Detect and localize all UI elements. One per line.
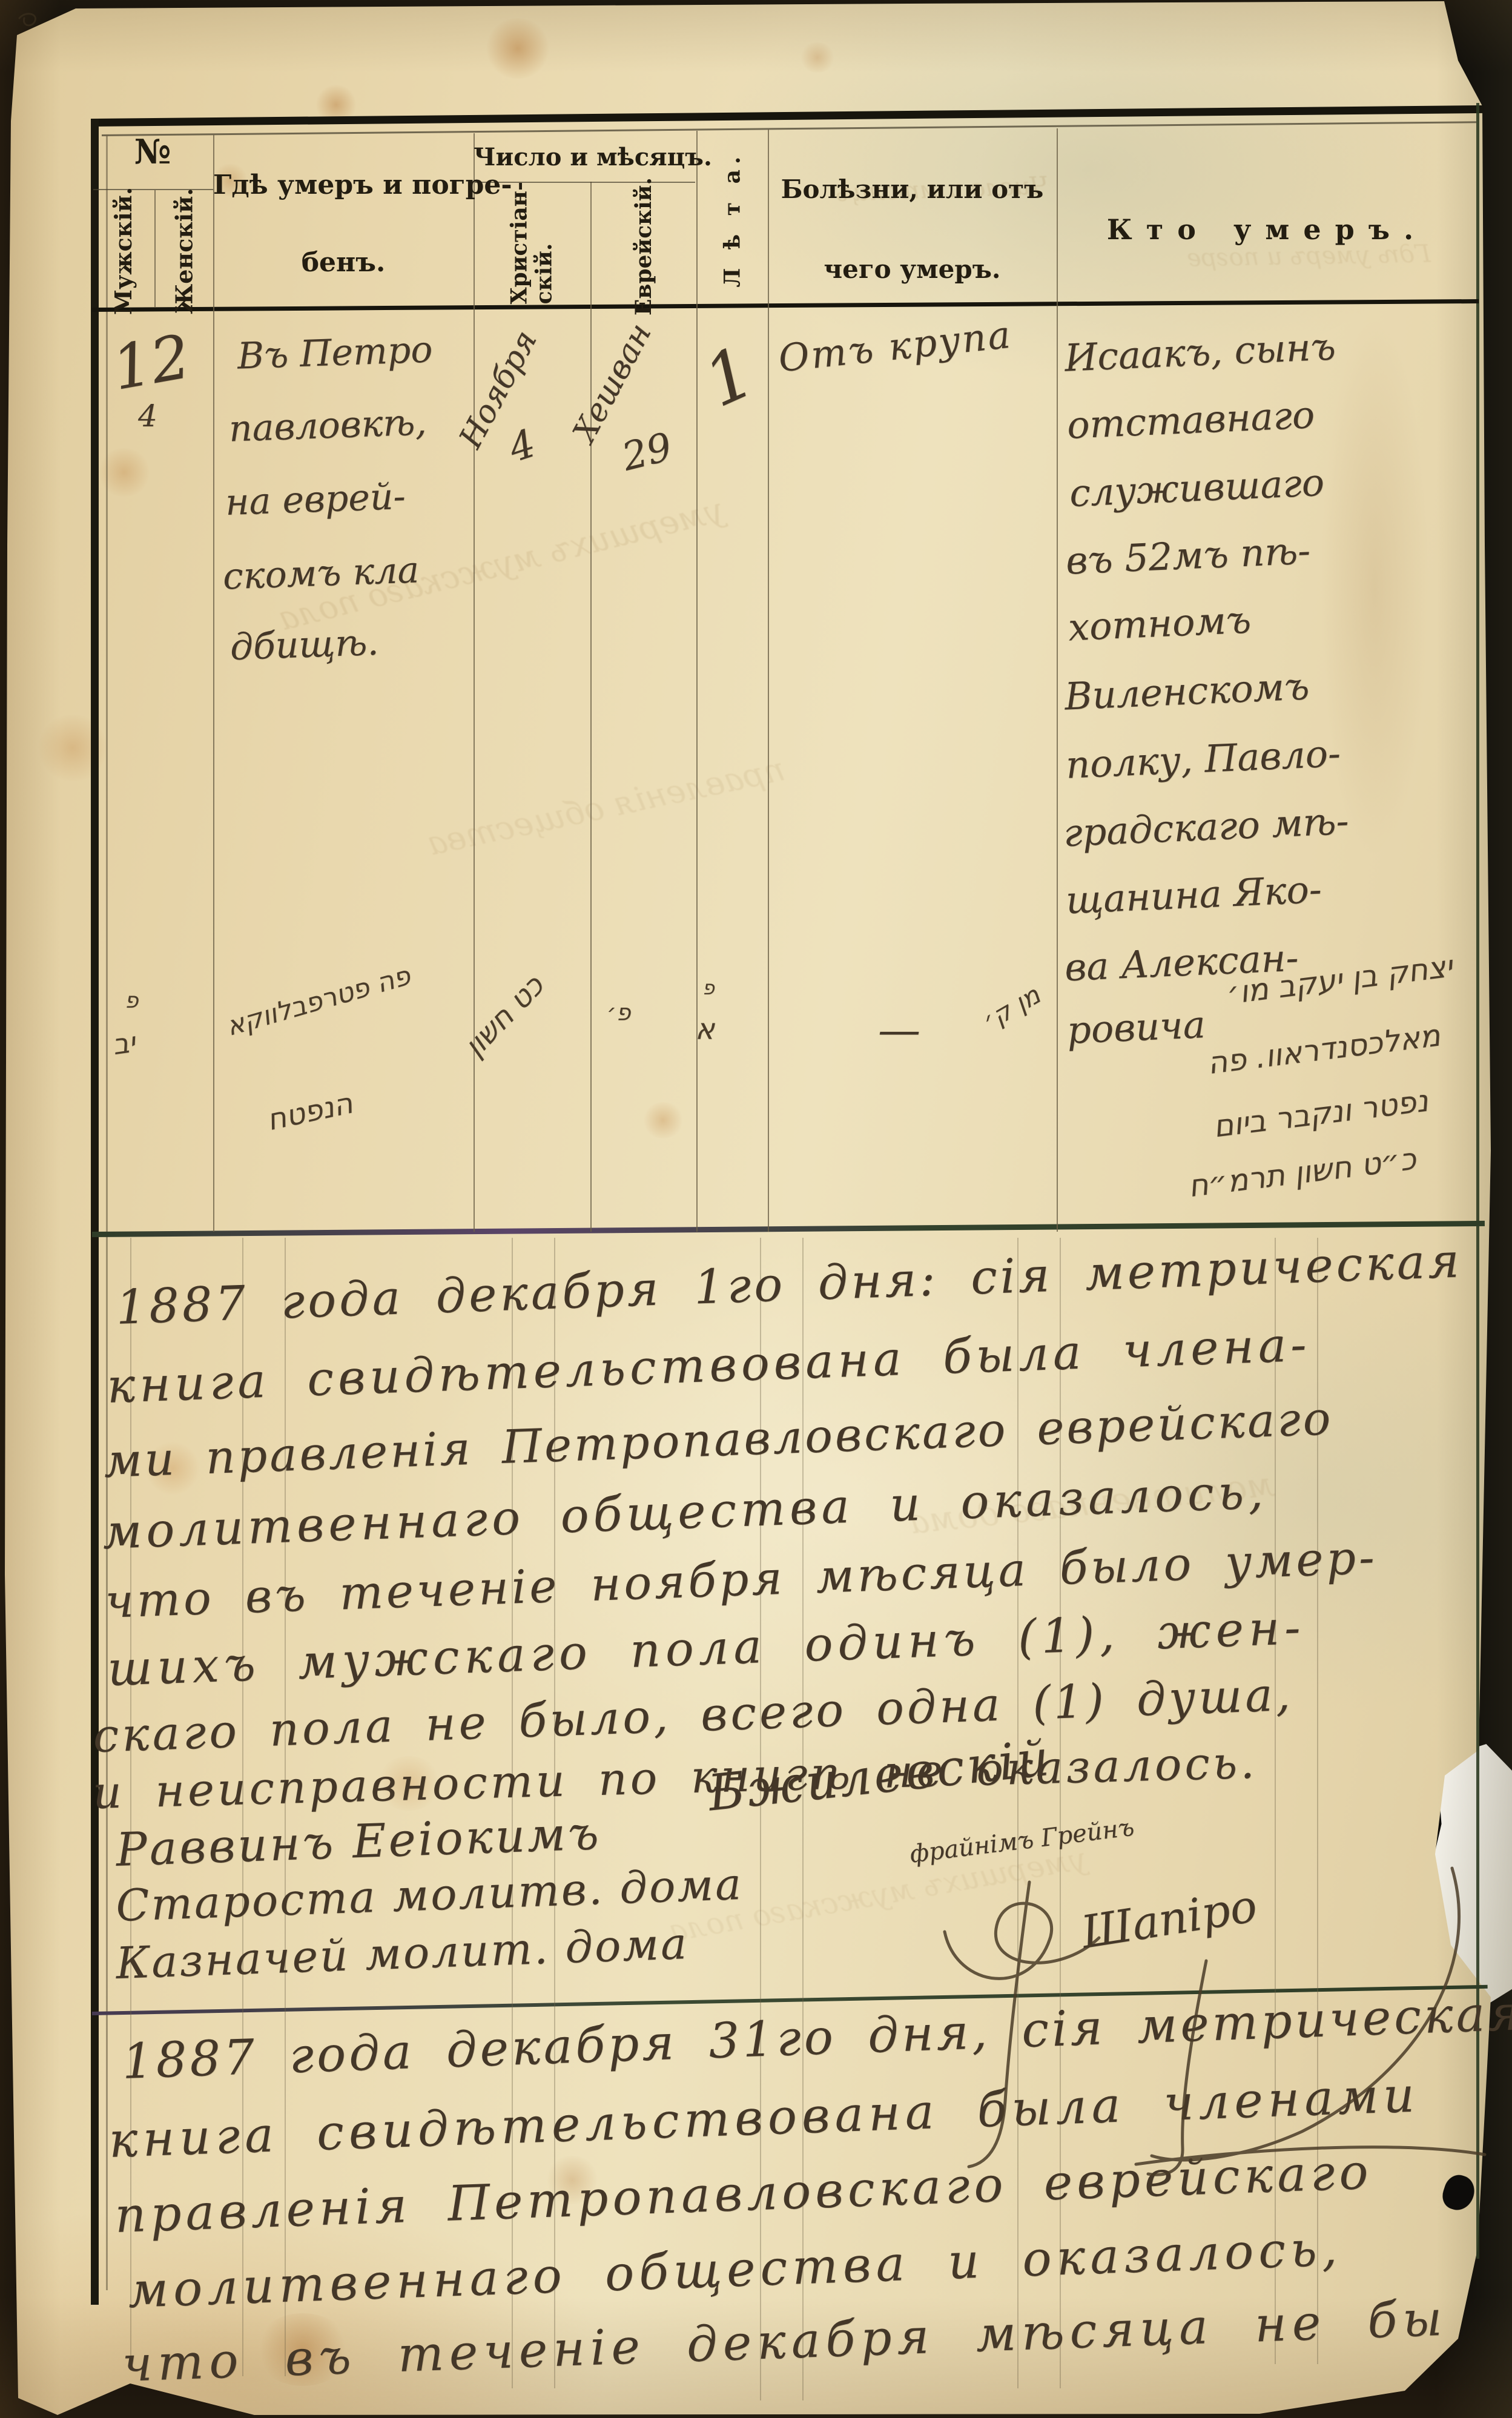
header-cause-line1: Болѣзни, или отъ	[768, 174, 1057, 204]
column-line	[768, 130, 769, 1232]
entry-place-line: на еврей-	[225, 475, 406, 524]
number-subcolumn-line	[154, 190, 156, 308]
header-age: Л ѣ т а.	[698, 132, 767, 306]
header-place-line2: бенъ.	[213, 247, 474, 278]
entry-place-line: павловкѣ,	[228, 401, 428, 450]
table-left-inner-line	[106, 134, 108, 2290]
hebrew-number-mark: פ	[125, 988, 138, 1013]
entry-place-line: скомъ кла	[222, 549, 420, 598]
header-male: Мужскій.	[94, 195, 153, 306]
hebrew-age: א	[695, 1012, 715, 1046]
column-line	[474, 133, 475, 1232]
hebrew-small-mark: פ׳	[607, 999, 631, 1026]
hebrew-cause-dash: —	[878, 1005, 918, 1055]
header-who: Кто умеръ.	[1057, 213, 1477, 246]
header-date-group: Число и мѣсяцъ.	[474, 143, 695, 171]
entry-place-line: Въ Петро	[237, 328, 434, 377]
column-line	[590, 182, 592, 1232]
hebrew-number: יב	[110, 1026, 137, 1062]
entry-number-sub: 4	[138, 398, 157, 434]
header-number: №	[92, 132, 213, 172]
header-date-christian: Христіан-скій.	[476, 187, 589, 306]
header-female: Женскій.	[156, 195, 212, 306]
column-line	[1057, 128, 1058, 1232]
table-right-border	[1476, 103, 1479, 2259]
entry-who-line: хотномъ	[1068, 597, 1252, 649]
header-date-jewish: Еврейскій.	[592, 187, 695, 306]
table-left-border	[91, 119, 99, 2305]
hebrew-age-mark: פ	[702, 976, 715, 999]
entry-place-line: дбищѣ.	[229, 621, 380, 669]
entry-number: 12	[107, 321, 196, 404]
column-line	[213, 134, 214, 1232]
header-cause-line2: чего умеръ.	[768, 254, 1057, 284]
header-date-christian-text: Христіан-скій.	[507, 189, 558, 304]
header-place-line1: Гдѣ умеръ и погре-	[213, 170, 474, 200]
